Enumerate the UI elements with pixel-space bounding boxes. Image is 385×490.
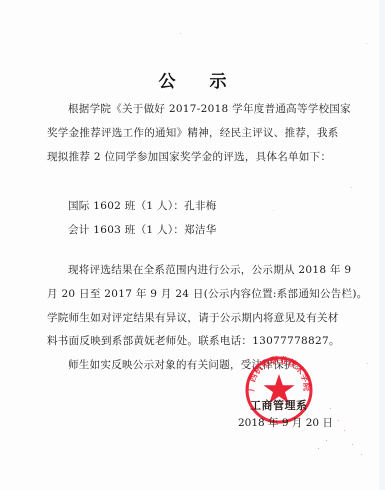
scan-speck [366,43,367,44]
ink-speck [338,420,339,421]
notice-date: 2018 年 9 月 20 日 [238,415,333,430]
paragraph-1-line-1: 根据学院《关于做好 2017-2018 学年度普通高等学校国家 [68,101,351,116]
paragraph-1-line-3: 现拟推荐 2 位同学参加国家奖学金的评选，具体名单如下： [47,149,331,164]
paragraph-2-line-4: 料书面反映到系部黄妩老师处。联系电话：13077778827。 [47,333,340,348]
scan-speck [180,33,181,34]
nominee-item: 国际 1602 班（1 人）：孔非梅 [68,198,217,213]
ink-speck [352,444,353,445]
scan-speck [367,363,368,364]
nominee-item: 会计 1603 班（1 人）：郑洁华 [68,222,217,237]
notice-title: 公 示 [0,67,385,92]
scan-speck [351,187,352,188]
ink-speck [361,454,362,455]
paragraph-2-line-3: 学院师生如对评定结果有异议，请于公示期内将意见及有关材 [47,310,339,325]
seal-unit-name: 工商管理系 [250,397,308,413]
paragraph-2-line-2: 月 20 日至 2017 年 9 月 24 日(公示内容位置:系部通知公告栏)。 [47,286,368,301]
ink-speck [318,448,319,449]
paragraph-2-line-1: 现将评选结果在全系范围内进行公示，公示期从 2018 年 9 [68,262,351,277]
scan-speck [273,210,274,211]
paragraph-1-line-2: 奖学金推荐评选工作的通知》精神，经民主评议、推荐，我系 [47,125,339,140]
ink-speck [330,408,331,409]
ink-speck [344,430,345,431]
ink-speck [326,440,327,441]
